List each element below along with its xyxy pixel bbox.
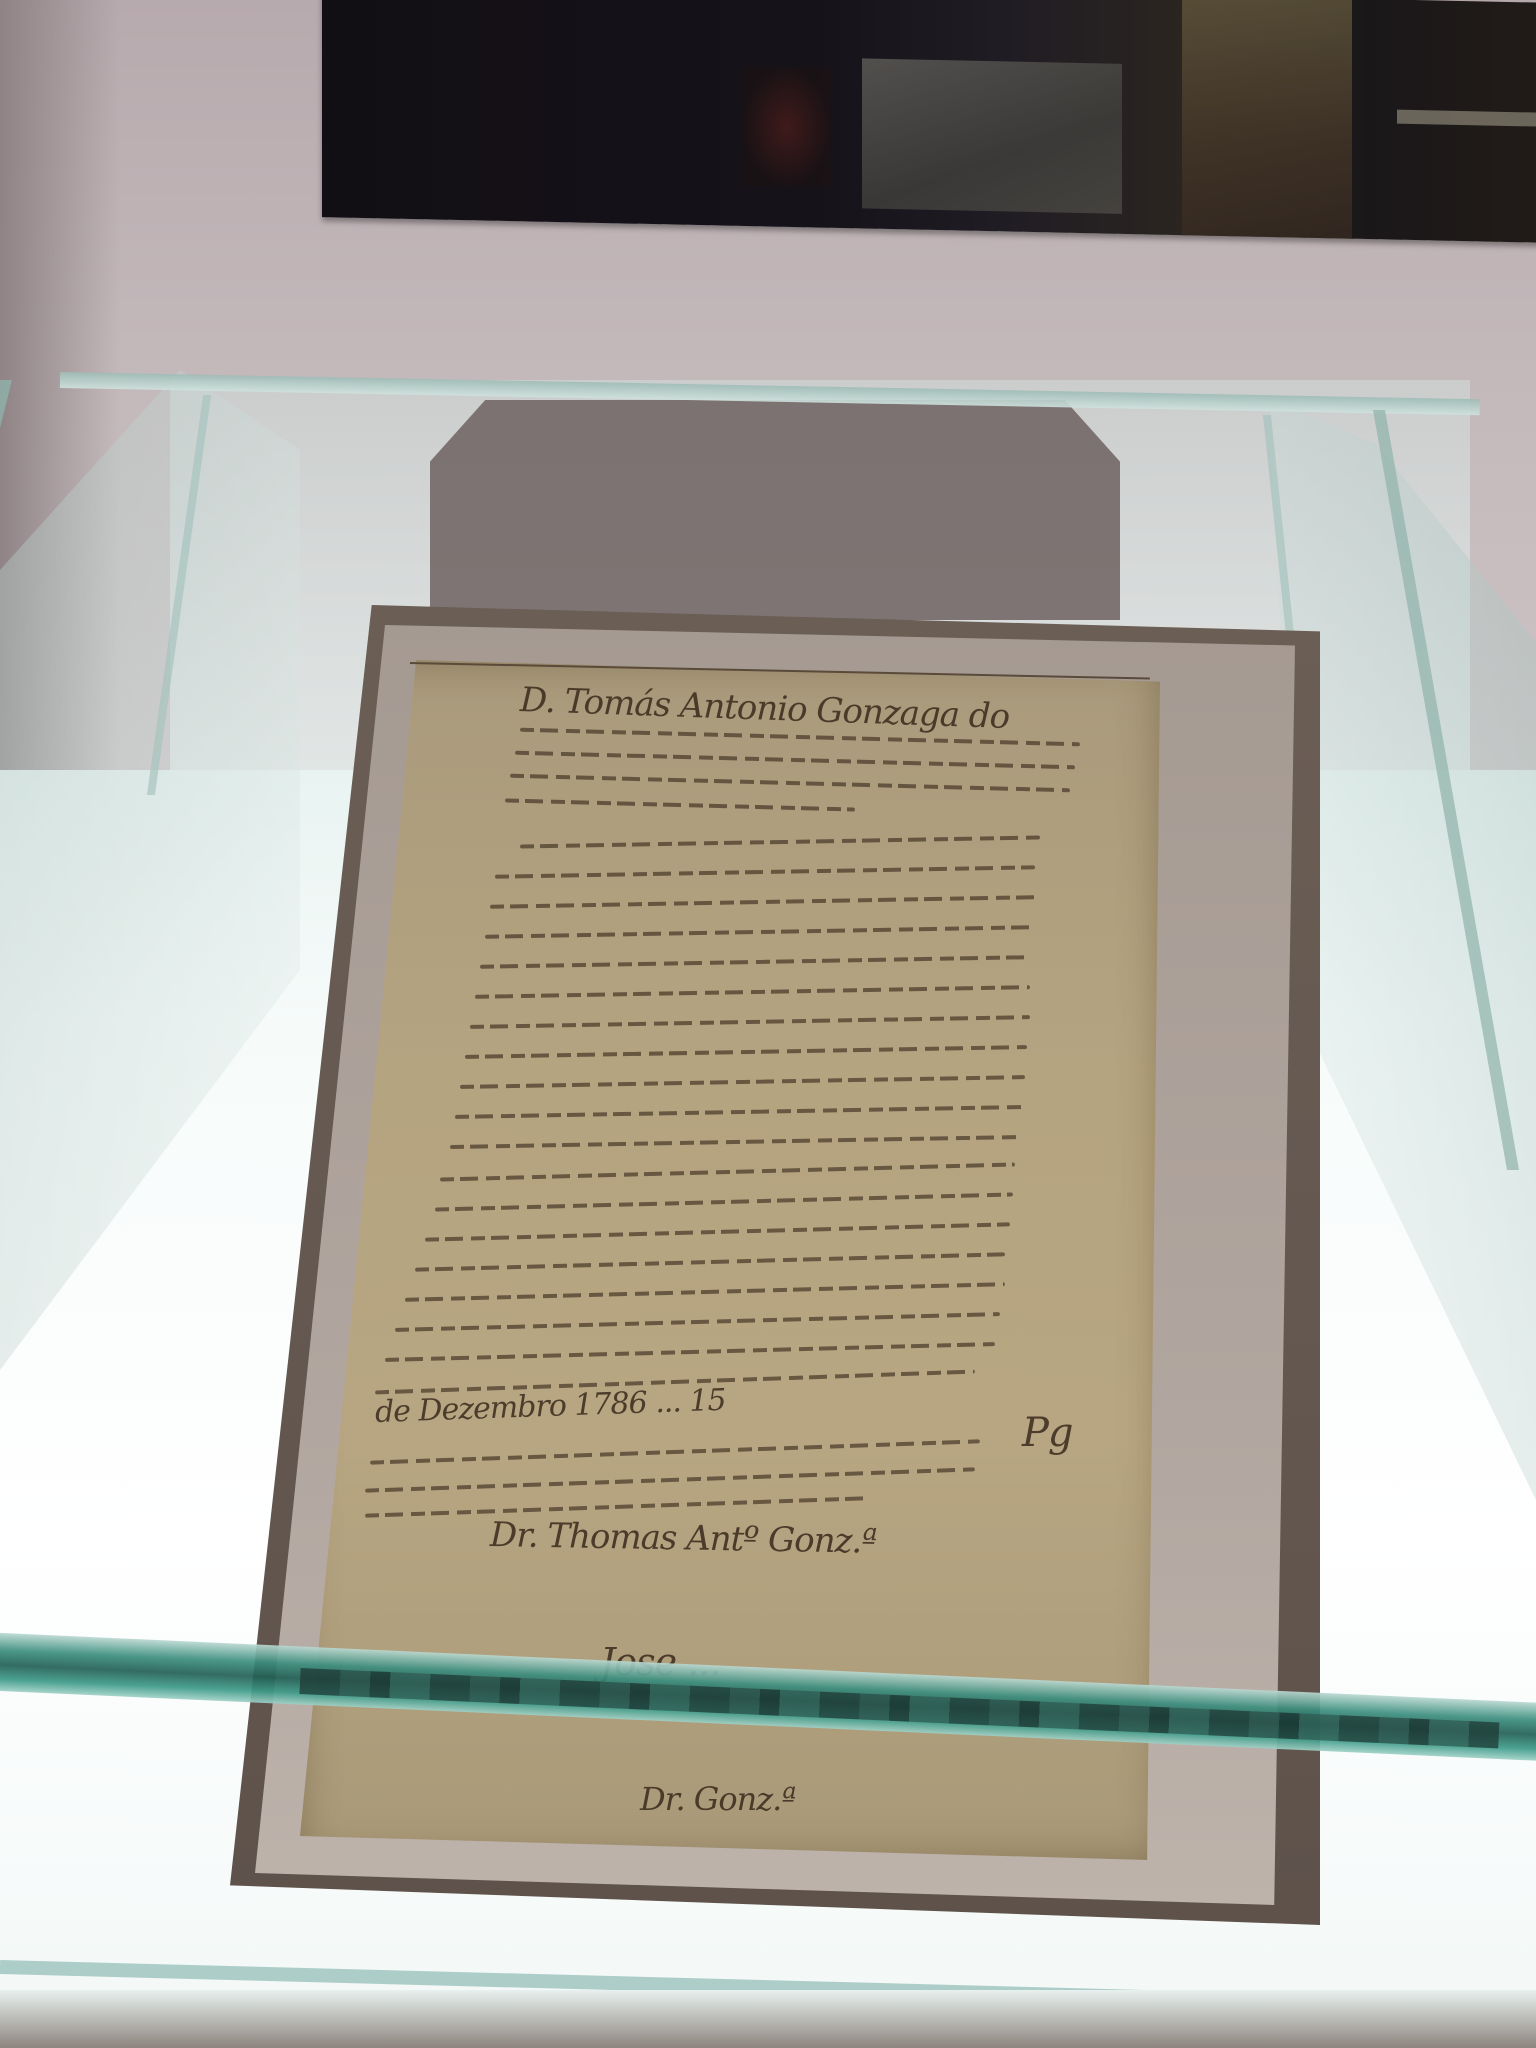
painting-figure <box>1182 0 1352 239</box>
painting-ledge <box>1397 110 1536 127</box>
case-base <box>0 1990 1536 2048</box>
painting-light-patch <box>862 58 1122 213</box>
signature-gonzaga: Dr. Thomas Antº Gonz.ª <box>490 1515 877 1562</box>
signature-third: Dr. Gonz.ª <box>640 1780 795 1818</box>
wall-painting <box>322 0 1536 243</box>
painting-dark-red-area <box>742 66 832 188</box>
manuscript-margin-mark: Pg <box>1022 1410 1073 1456</box>
glass-reflection <box>430 400 1120 620</box>
